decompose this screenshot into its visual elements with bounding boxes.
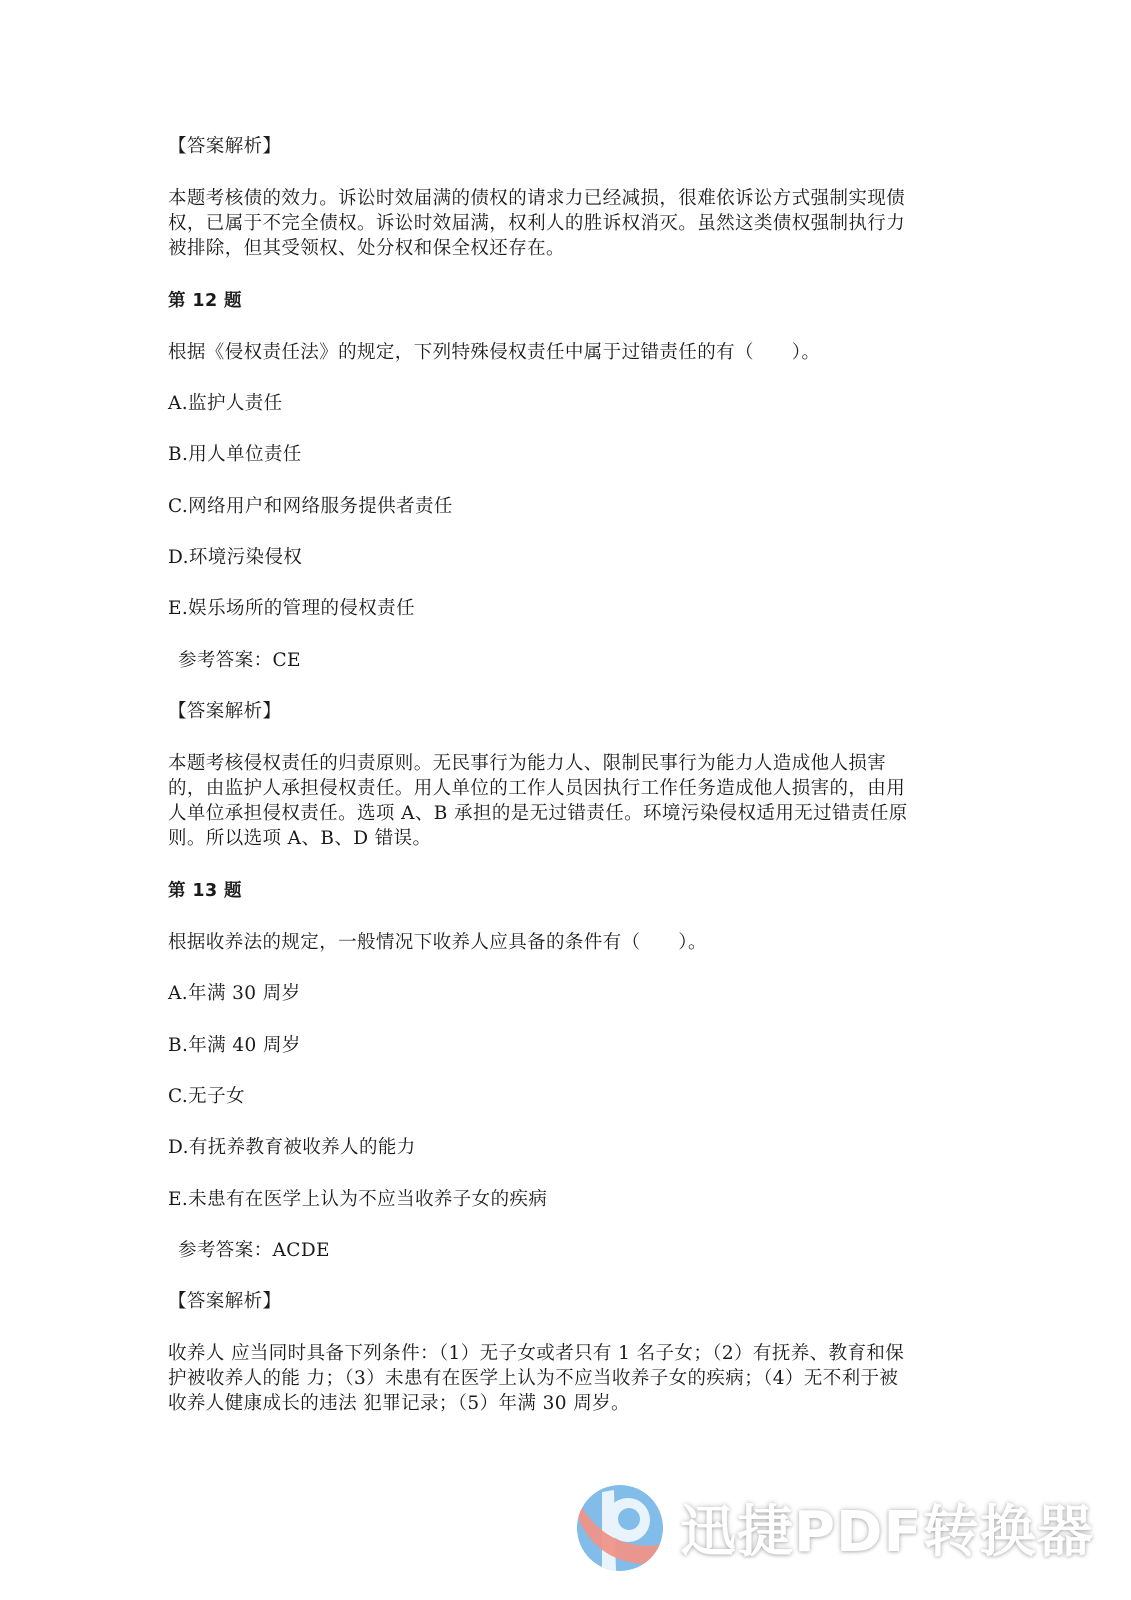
question-text: 根据《侵权责任法》的规定，下列特殊侵权责任中属于过错责任的有（ ）。 xyxy=(168,340,820,365)
paragraph-line: 护被收养人的能 力；（3）未患有在医学上认为不应当收养子女的疾病；（4）无不利于… xyxy=(168,1366,904,1391)
answer-analysis-label: 【答案解析】 xyxy=(168,1289,281,1314)
paragraph-line: 权，已属于不完全债权。诉讼时效届满，权利人的胜诉权消灭。虽然这类债权强制执行力 xyxy=(168,211,905,236)
answer-analysis-label: 【答案解析】 xyxy=(168,134,281,159)
question-text: 根据收养法的规定，一般情况下收养人应具备的条件有（ ）。 xyxy=(168,930,707,955)
question-heading: 第 12 题 xyxy=(168,289,242,314)
option-d: D.环境污染侵权 xyxy=(168,545,302,570)
paragraph-line: 收养人健康成长的违法 犯罪记录；（5）年满 30 周岁。 xyxy=(168,1391,904,1416)
analysis-paragraph: 本题考核侵权责任的归责原则。无民事行为能力人、限制民事行为能力人造成他人损害 的… xyxy=(168,751,908,851)
paragraph-line: 被排除，但其受领权、处分权和保全权还存在。 xyxy=(168,236,905,261)
analysis-paragraph: 本题考核债的效力。诉讼时效届满的债权的请求力已经减损，很难依诉讼方式强制实现债 … xyxy=(168,186,905,261)
reference-answer: 参考答案：CE xyxy=(178,648,301,673)
option-a: A.年满 30 周岁 xyxy=(168,981,301,1006)
paragraph-line: 的，由监护人承担侵权责任。用人单位的工作人员因执行工作任务造成他人损害的，由用 xyxy=(168,776,908,801)
option-c: C.无子女 xyxy=(168,1084,245,1109)
option-b: B.年满 40 周岁 xyxy=(168,1033,301,1058)
answer-analysis-label: 【答案解析】 xyxy=(168,699,281,724)
reference-answer: 参考答案：ACDE xyxy=(178,1238,330,1263)
watermark: 迅捷PDF转换器 xyxy=(574,1478,1094,1578)
analysis-paragraph: 收养人 应当同时具备下列条件：（1）无子女或者只有 1 名子女；（2）有抚养、教… xyxy=(168,1341,904,1416)
question-heading: 第 13 题 xyxy=(168,879,242,904)
paragraph-line: 本题考核债的效力。诉讼时效届满的债权的请求力已经减损，很难依诉讼方式强制实现债 xyxy=(168,186,905,211)
option-b: B.用人单位责任 xyxy=(168,442,302,467)
paragraph-line: 则。所以选项 A、B、D 错误。 xyxy=(168,826,908,851)
pdf-converter-logo-icon xyxy=(574,1482,666,1574)
option-d: D.有抚养教育被收养人的能力 xyxy=(168,1135,416,1160)
watermark-text: 迅捷PDF转换器 xyxy=(680,1488,1094,1568)
option-a: A.监护人责任 xyxy=(168,391,283,416)
paragraph-line: 收养人 应当同时具备下列条件：（1）无子女或者只有 1 名子女；（2）有抚养、教… xyxy=(168,1341,904,1366)
paragraph-line: 人单位承担侵权责任。选项 A、B 承担的是无过错责任。环境污染侵权适用无过错责任… xyxy=(168,801,908,826)
option-e: E.未患有在医学上认为不应当收养子女的疾病 xyxy=(168,1187,547,1212)
option-e: E.娱乐场所的管理的侵权责任 xyxy=(168,596,415,621)
option-c: C.网络用户和网络服务提供者责任 xyxy=(168,494,453,519)
paragraph-line: 本题考核侵权责任的归责原则。无民事行为能力人、限制民事行为能力人造成他人损害 xyxy=(168,751,908,776)
